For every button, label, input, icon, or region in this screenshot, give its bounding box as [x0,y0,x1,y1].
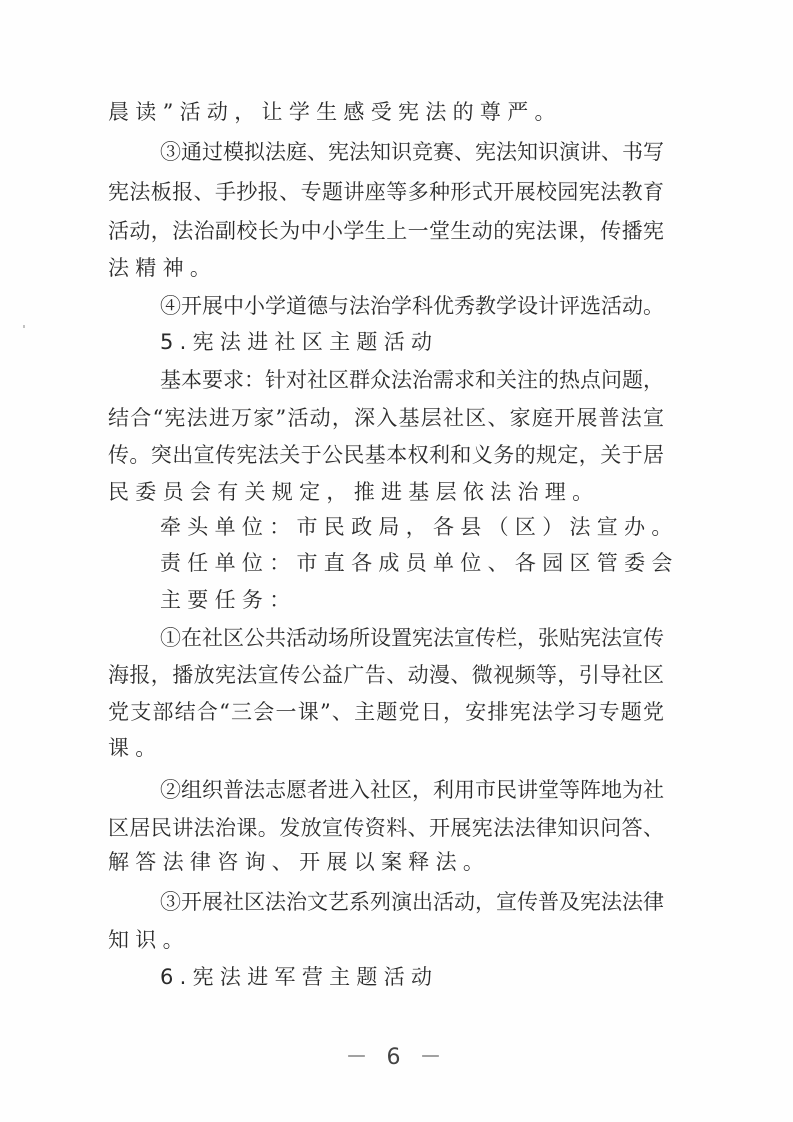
scan-speck [23,325,25,328]
main-tasks-label: 主要任务： [160,585,664,615]
text-line: 传。突出宣传宪法关于公民基本权利和义务的规定，关于居 [108,440,664,470]
text-line: 民委员会有关规定，推进基层依法治理。 [108,477,664,507]
text-line: ③通过模拟法庭、宪法知识竞赛、宪法知识演讲、书写 [160,137,664,167]
text-line: 课。 [108,733,664,763]
section-heading-5: 5.宪法进社区主题活动 [160,327,664,357]
responsible-unit-line: 责任单位：市直各成员单位、各园区管委会 [160,548,664,578]
text-line: 晨读”活动，让学生感受宪法的尊严。 [108,97,664,127]
text-line: 区居民讲法治课。发放宣传资料、开展宪法法律知识问答、 [108,813,664,843]
document-page: 晨读”活动，让学生感受宪法的尊严。 ③通过模拟法庭、宪法知识竞赛、宪法知识演讲、… [0,0,793,1122]
text-line: ④开展中小学道德与法治学科优秀教学设计评选活动。 [160,291,664,321]
text-line: ②组织普法志愿者进入社区，利用市民讲堂等阵地为社 [160,775,664,805]
text-line: 解答法律咨询、开展以案释法。 [108,847,664,877]
text-line: 法精神。 [108,253,664,283]
text-line: 知识。 [108,925,664,955]
text-line: 党支部结合“三会一课”、主题党日，安排宪法学习专题党 [108,697,664,727]
text-line: 海报，播放宪法宣传公益广告、动漫、微视频等，引导社区 [108,660,664,690]
text-line: 宪法板报、手抄报、专题讲座等多种形式开展校园宪法教育 [108,177,664,207]
text-line: 活动，法治副校长为中小学生上一堂生动的宪法课，传播宪 [108,216,664,246]
lead-unit-line: 牵头单位：市民政局，各县（区）法宣办。 [160,512,664,542]
text-line: ①在社区公共活动场所设置宪法宣传栏，张贴宪法宣传 [160,623,664,653]
page-number: － 6 － [0,1040,793,1071]
text-line: 基本要求：针对社区群众法治需求和关注的热点问题， [160,365,664,395]
text-line: ③开展社区法治文艺系列演出活动，宣传普及宪法法律 [160,887,664,917]
text-line: 结合“宪法进万家”活动，深入基层社区、家庭开展普法宣 [108,403,664,433]
section-heading-6: 6.宪法进军营主题活动 [160,962,664,992]
